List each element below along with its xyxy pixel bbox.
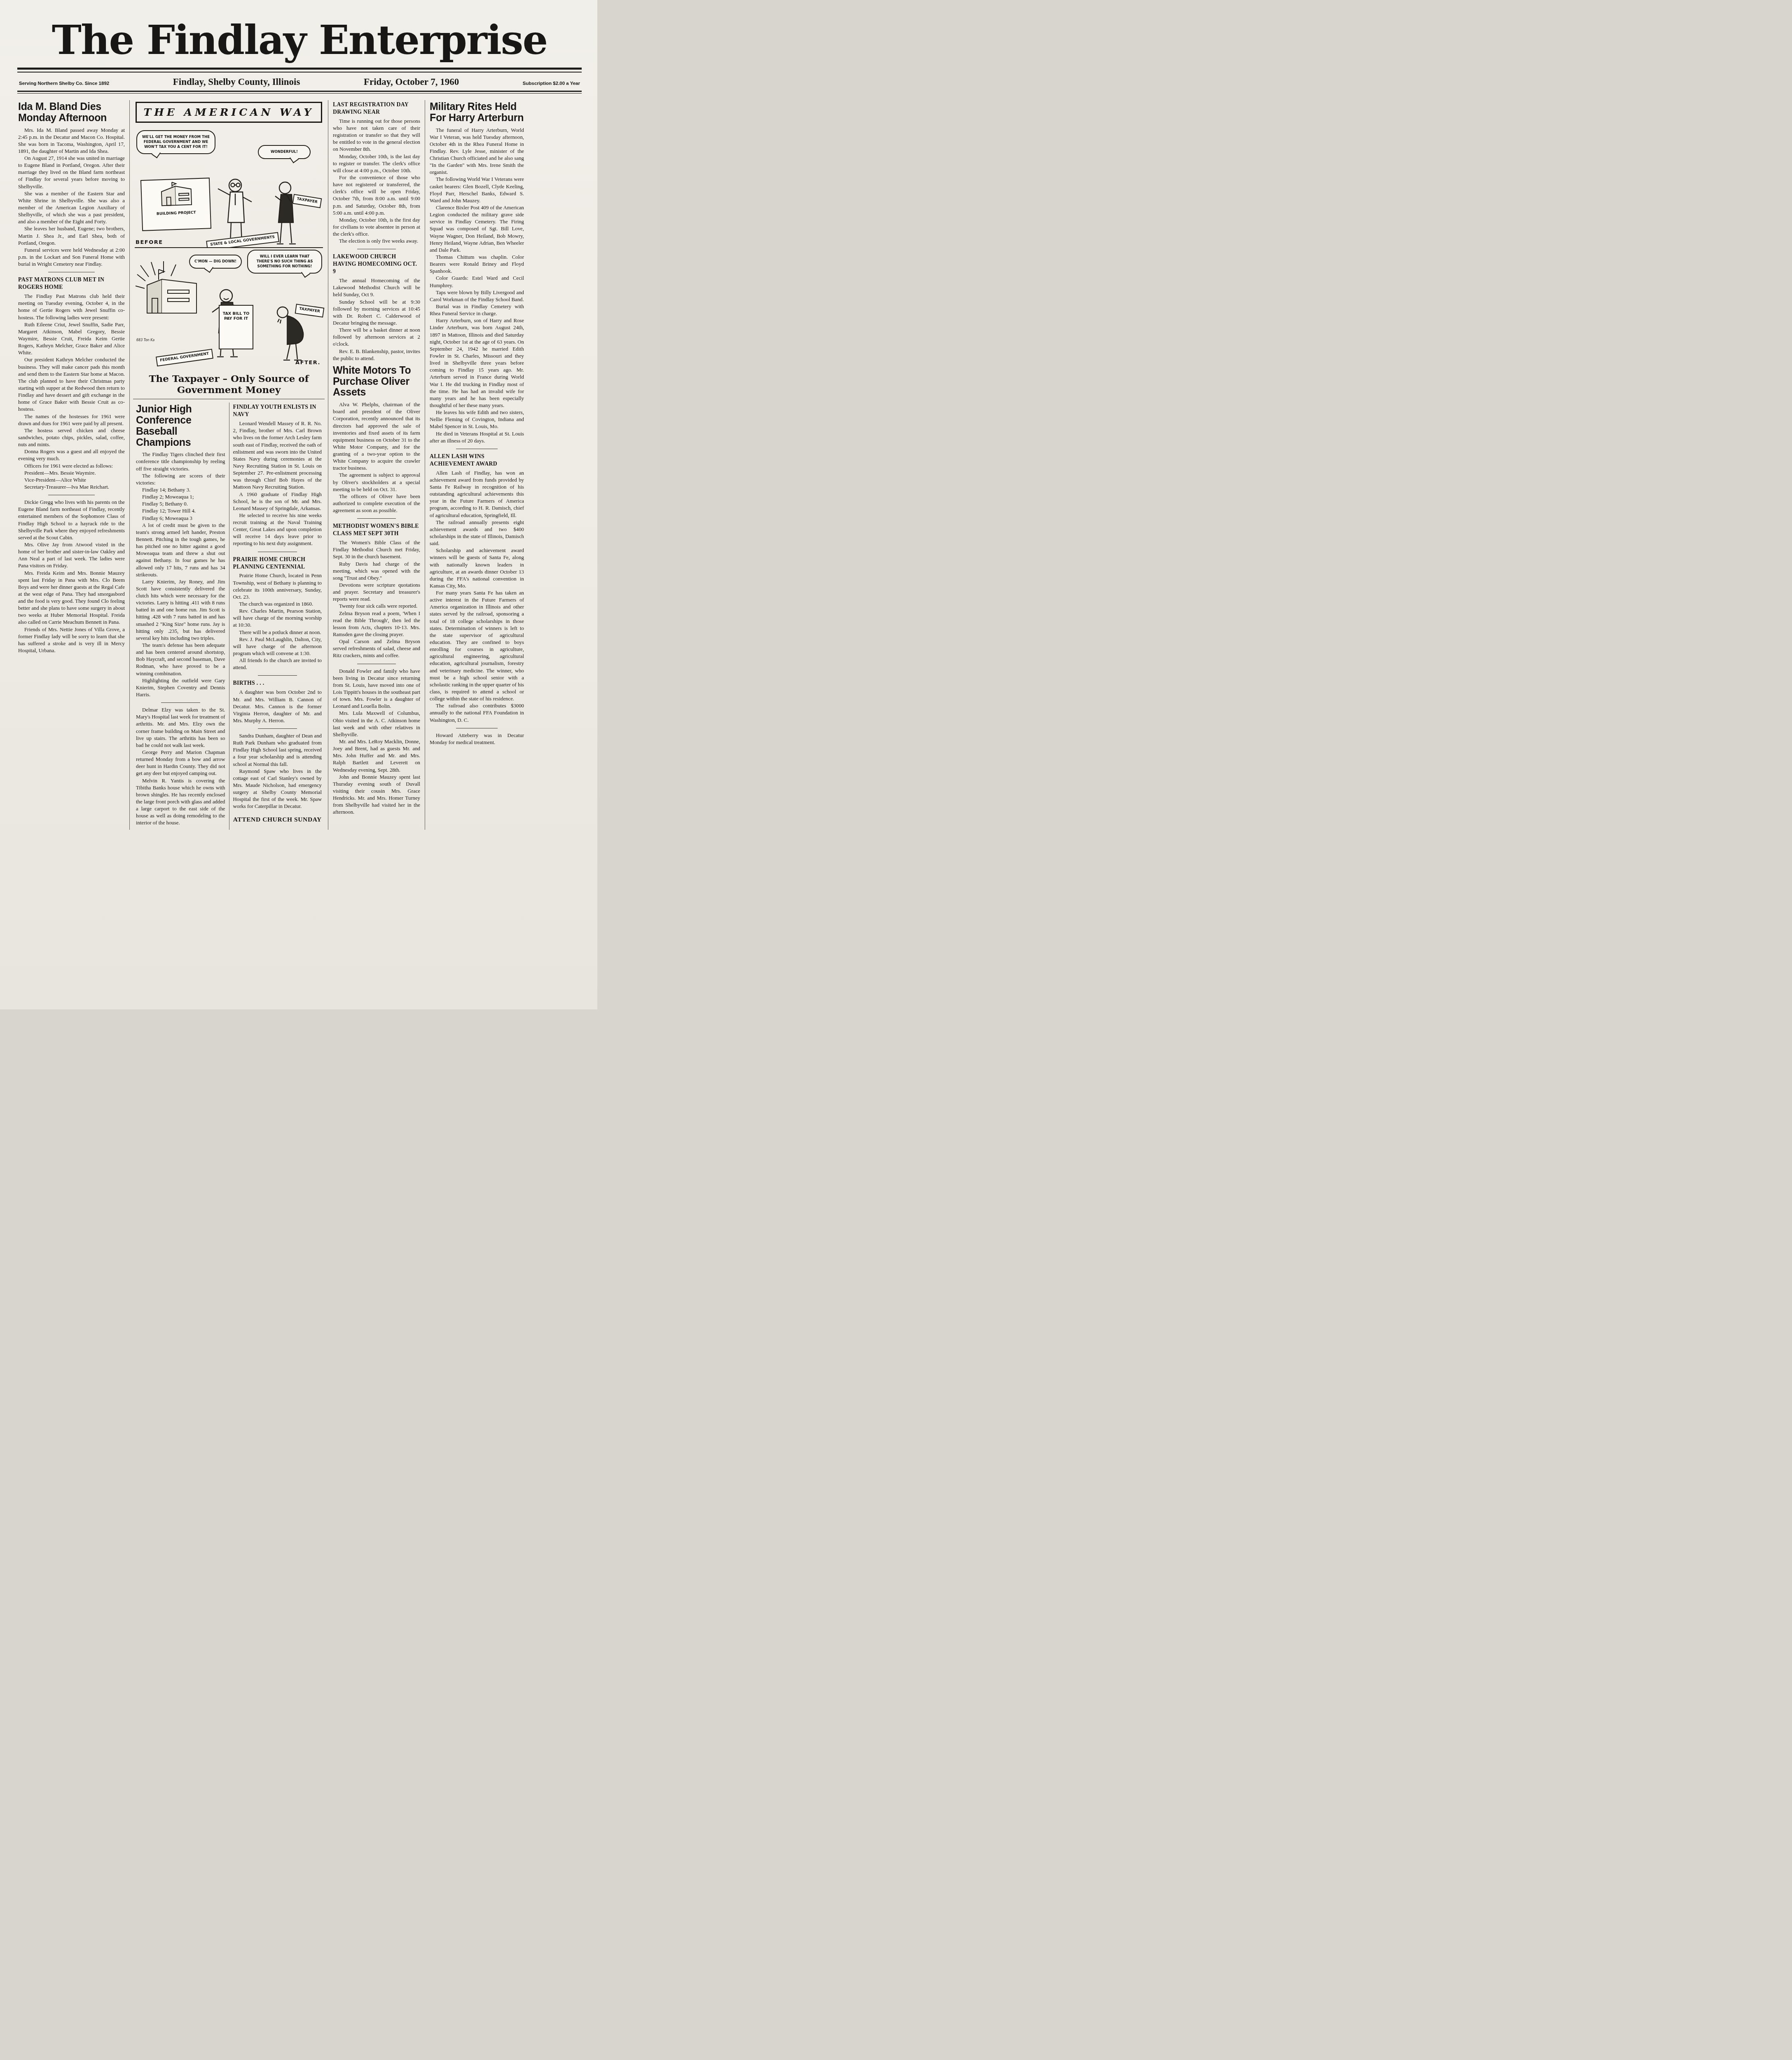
article-paragraph: Time is running out for those persons wh…: [333, 118, 420, 153]
speech-bubble-taxpayer: WONDERFUL!: [258, 145, 311, 159]
article-paragraph: Mrs. Ida M. Bland passed away Monday at …: [18, 127, 125, 155]
dateline-date: Friday, October 7, 1960: [364, 77, 459, 87]
article-paragraph: There will be a potluck dinner at noon.: [233, 629, 322, 636]
cartoon-caption: The Taxpayer – Only Source of Government…: [137, 373, 321, 396]
article-paragraph: Twenty four sick calls were reported.: [333, 603, 420, 610]
newspaper-page: The Findlay Enterprise Serving Northern …: [0, 0, 597, 1009]
dateline-subscription: Subscription $2.00 a Year: [523, 81, 580, 86]
article-headline: PAST MATRONS CLUB MET IN ROGERS HOME: [18, 276, 125, 291]
news-article: Dickie Gregg who lives with his parents …: [18, 499, 125, 654]
article-paragraph: Donna Rogers was a guest and all enjoyed…: [18, 448, 125, 462]
article-paragraph: The Women's Bible Class of the Findlay M…: [333, 539, 420, 560]
article-paragraph: Melvin R. Yantis is covering the Tibitha…: [136, 777, 225, 827]
tax-bill-paper: TAX BILL TO PAY FOR IT: [219, 305, 253, 349]
cartoon-title: THE AMERICAN WAY: [136, 102, 322, 123]
column-middle: THE AMERICAN WAY WE'LL GET THE MONEY FRO…: [129, 100, 328, 830]
building-project-label: BUILDING PROJECT: [145, 210, 207, 217]
article-paragraph: Devotions were scripture quotations and …: [333, 582, 420, 603]
article-paragraph: The officers of Oliver have been authori…: [333, 493, 420, 514]
article-paragraph: Findlay 5; Bethany 0.: [136, 501, 225, 508]
article-paragraph: A daughter was born October 2nd to Mr. a…: [233, 689, 322, 724]
article-paragraph: A 1960 graduate of Findlay High School, …: [233, 491, 322, 512]
article-paragraph: Howard Atteberry was in Decatur Monday f…: [430, 732, 524, 746]
section-divider: [258, 552, 297, 552]
masthead-rule: [17, 68, 582, 73]
dateline: Serving Northern Shelby Co. Since 1892 F…: [17, 73, 582, 91]
news-article: Howard Atteberry was in Decatur Monday f…: [430, 732, 524, 746]
article-paragraph: The hostess served chicken and cheese sa…: [18, 427, 125, 448]
editorial-cartoon: THE AMERICAN WAY WE'LL GET THE MONEY FRO…: [133, 102, 325, 396]
article-paragraph: Funeral services were held Wednesday at …: [18, 247, 125, 268]
article-paragraph: George Perry and Marion Chapman returned…: [136, 749, 225, 777]
newspaper-title: The Findlay Enterprise: [17, 16, 582, 63]
section-divider: [357, 664, 395, 664]
article-paragraph: A lot of credit must be given to the tea…: [136, 522, 225, 578]
article-paragraph: Sunday School will be at 9:30 followed b…: [333, 299, 420, 327]
section-divider: [456, 449, 498, 449]
article-paragraph: Findlay 6; Moweaqua 3: [136, 515, 225, 522]
article-headline: BIRTHS . . .: [233, 679, 322, 687]
article-paragraph: The railroad annually presents eight ach…: [430, 519, 524, 548]
article-paragraph: Delmar Elzy was taken to the St. Mary's …: [136, 707, 225, 749]
article-paragraph: Burial was in Findlay Cemetery with Rhea…: [430, 303, 524, 317]
article-paragraph: Friends of Mrs. Nettie Jones of Villa Gr…: [18, 626, 125, 655]
dateline-city: Findlay, Shelby County, Illinois: [173, 77, 300, 87]
article-paragraph: Vice-President—Alice White: [18, 477, 125, 484]
article-paragraph: Findlay 14; Bethany 3.: [136, 487, 225, 494]
article-paragraph: The following are scores of their victor…: [136, 473, 225, 487]
article-paragraph: She leaves her husband, Eugene; two brot…: [18, 225, 125, 246]
middle-lower-columns: Junior High Conference Baseball Champion…: [132, 403, 325, 829]
article-paragraph: Ruth Eileene Criut, Jewel Snuffin, Sadie…: [18, 321, 125, 357]
article-paragraph: Larry Knierim, Jay Roney, and Jim Scott …: [136, 578, 225, 642]
article-paragraph: Mrs. Freida Keim and Mrs. Bonnie Mauzey …: [18, 570, 125, 626]
article-paragraph: John and Bonnie Mauzey spent last Thursd…: [333, 774, 420, 816]
column-4: LAST REGISTRATION DAY DRAWING NEARTime i…: [328, 100, 425, 830]
section-divider: [48, 495, 95, 495]
after-label: AFTER.: [295, 360, 321, 366]
speech-bubble-learn: WILL I EVER LEARN THAT THERE'S NO SUCH T…: [247, 250, 322, 274]
news-article: LAKEWOOD CHURCH HAVING HOMECOMING OCT. 9…: [333, 253, 420, 362]
article-paragraph: The team's defense has been adequate and…: [136, 642, 225, 677]
article-headline: FINDLAY YOUTH ENLISTS IN NAVY: [233, 403, 322, 418]
finished-building-illustration: [135, 260, 209, 322]
article-paragraph: Our president Kathryn Melcher conducted …: [18, 356, 125, 413]
article-paragraph: Ruby Davis had charge of the meeting, wh…: [333, 561, 420, 582]
page-columns: Ida M. Bland Dies Monday AfternoonMrs. I…: [17, 100, 582, 830]
article-paragraph: Opal Carson and Zelma Bryson served refr…: [333, 638, 420, 659]
article-paragraph: Findlay 12; Tower Hill 4.: [136, 508, 225, 515]
news-article: ALLEN LASH WINS ACHIEVEMENT AWARDAllen L…: [430, 453, 524, 724]
article-paragraph: Zelma Bryson read a poem, 'When I read t…: [333, 610, 420, 639]
article-paragraph: Findlay 2; Moweaqua 1;: [136, 494, 225, 501]
article-paragraph: He selected to receive his nine weeks re…: [233, 512, 322, 548]
article-paragraph: Mrs. Olive Jay from Atwood visted in the…: [18, 541, 125, 570]
article-paragraph: He leaves his wife Edith and two sisters…: [430, 409, 524, 430]
article-paragraph: Prairie Home Church, located in Penn Tow…: [233, 572, 322, 601]
article-paragraph: Dickie Gregg who lives with his parents …: [18, 499, 125, 541]
article-paragraph: The names of the hostesses for 1961 were…: [18, 413, 125, 427]
article-headline: White Motors To Purchase Oliver Assets: [333, 365, 420, 398]
news-article: White Motors To Purchase Oliver AssetsAl…: [333, 365, 420, 515]
article-paragraph: Harry Arterburn, son of Harry and Rose L…: [430, 317, 524, 409]
article-headline: METHODIST WOMEN'S BIBLE CLASS MET SEPT 3…: [333, 522, 420, 537]
article-headline: Ida M. Bland Dies Monday Afternoon: [18, 101, 125, 124]
article-paragraph: Officers for 1961 were elected as follow…: [18, 463, 125, 470]
speech-bubble-official: WE'LL GET THE MONEY FROM THE FEDERAL GOV…: [136, 130, 215, 154]
column-1: Ida M. Bland Dies Monday AfternoonMrs. I…: [17, 100, 129, 830]
news-article: PRAIRIE HOME CHURCH PLANNING CENTENNIALP…: [233, 556, 322, 672]
news-article: Junior High Conference Baseball Champion…: [136, 404, 225, 698]
article-paragraph: She was a member of the Eastern Star and…: [18, 190, 125, 226]
article-paragraph: The agreement is subject to approval by …: [333, 472, 420, 493]
article-paragraph: On August 27, 1914 she was united in mar…: [18, 155, 125, 190]
cartoon-panel-after: C'MON — DIG DOWN! WILL I EVER LEARN THAT…: [133, 248, 325, 368]
section-divider: [48, 272, 95, 272]
news-article: PAST MATRONS CLUB MET IN ROGERS HOMEThe …: [18, 276, 125, 491]
article-paragraph: Monday, October 10th, is the first day f…: [333, 217, 420, 238]
article-paragraph: Donald Fowler and family who have been l…: [333, 668, 420, 710]
article-paragraph: Leonard Wendell Massey of R. R. No. 2, F…: [233, 420, 322, 491]
news-article: METHODIST WOMEN'S BIBLE CLASS MET SEPT 3…: [333, 522, 420, 659]
section-divider: [258, 728, 297, 729]
column-5: Military Rites Held For Harry ArterburnT…: [425, 100, 524, 830]
article-paragraph: Clarence Bixler Post 409 of the American…: [430, 204, 524, 254]
article-paragraph: Monday, October 10th, is the last day to…: [333, 153, 420, 174]
news-article: BIRTHS . . .A daughter was born October …: [233, 679, 322, 724]
article-paragraph: Raymond Spaw who lives in the cottage ea…: [233, 768, 322, 810]
article-paragraph: Taps were blown by Billy Livergood and C…: [430, 289, 524, 303]
section-divider: [357, 249, 395, 249]
building-project-board: BUILDING PROJECT: [140, 178, 211, 231]
news-article: Ida M. Bland Dies Monday AfternoonMrs. I…: [18, 101, 125, 268]
article-paragraph: The following World War I Veterans were …: [430, 176, 524, 204]
section-divider: [357, 518, 395, 519]
article-headline: LAST REGISTRATION DAY DRAWING NEAR: [333, 101, 420, 116]
article-headline: Military Rites Held For Harry Arterburn: [430, 101, 524, 124]
article-paragraph: Rev. E. B. Blankenship, pastor, invites …: [333, 348, 420, 362]
dateline-rule: [17, 91, 582, 94]
article-headline: ALLEN LASH WINS ACHIEVEMENT AWARD: [430, 453, 524, 468]
article-paragraph: Sandra Dunham, daughter of Dean and Ruth…: [233, 733, 322, 768]
article-paragraph: Rev. Charles Martin, Pearson Station, wi…: [233, 608, 322, 629]
article-paragraph: The annual Homecoming of the Lakewood Me…: [333, 277, 420, 298]
artist-signature: 683 Ton Ka: [136, 338, 154, 342]
cartoon-panel-before: WE'LL GET THE MONEY FROM THE FEDERAL GOV…: [133, 127, 325, 247]
section-divider: [258, 675, 297, 676]
article-paragraph: Mrs. Lula Maxwell of Columbus, Ohio visi…: [333, 710, 420, 738]
article-paragraph: For the convenience of those who have no…: [333, 174, 420, 217]
article-paragraph: Highlighting the outfield were Gary Knie…: [136, 677, 225, 698]
news-article: Military Rites Held For Harry ArterburnT…: [430, 101, 524, 445]
article-headline: LAKEWOOD CHURCH HAVING HOMECOMING OCT. 9: [333, 253, 420, 275]
article-paragraph: The Findlay Past Matrons club held their…: [18, 293, 125, 321]
article-headline: Junior High Conference Baseball Champion…: [136, 404, 225, 448]
column-3: FINDLAY YOUTH ENLISTS IN NAVYLeonard Wen…: [229, 403, 326, 829]
news-article: FINDLAY YOUTH ENLISTS IN NAVYLeonard Wen…: [233, 403, 322, 547]
before-label: BEFORE: [136, 239, 163, 246]
article-paragraph: The election is only five weeks away.: [333, 238, 420, 245]
news-article: Delmar Elzy was taken to the St. Mary's …: [136, 707, 225, 826]
article-paragraph: Rev. J. Paul McLaughlin, Dalton, City, w…: [233, 636, 322, 657]
article-paragraph: Alva W. Phelphs, chairman of the board a…: [333, 401, 420, 472]
article-paragraph: He died in Veterans Hospital at St. Loui…: [430, 431, 524, 445]
article-paragraph: Scholarship and achievement award winner…: [430, 547, 524, 590]
news-article: Donald Fowler and family who have been l…: [333, 668, 420, 816]
cartoon-bottom-rule: [133, 399, 325, 399]
article-paragraph: The railroad also contributes $3000 annu…: [430, 702, 524, 723]
article-headline: PRAIRIE HOME CHURCH PLANNING CENTENNIAL: [233, 556, 322, 571]
dateline-tagline: Serving Northern Shelby Co. Since 1892: [19, 81, 109, 86]
article-paragraph: For many years Santa Fe has taken an act…: [430, 590, 524, 702]
building-illustration: [155, 180, 196, 209]
article-paragraph: President—Mrs. Bessie Waymire.: [18, 470, 125, 477]
article-paragraph: Mr. and Mrs. LeRoy Macklin, Donne, Joey …: [333, 738, 420, 774]
article-paragraph: Color Guards: Estel Ward and Cecil Humph…: [430, 275, 524, 289]
article-paragraph: There will be a basket dinner at noon fo…: [333, 327, 420, 348]
column-2: Junior High Conference Baseball Champion…: [132, 403, 229, 829]
news-article: Sandra Dunham, daughter of Dean and Ruth…: [233, 733, 322, 810]
article-paragraph: Thomas Chittum was chaplin. Color Bearer…: [430, 254, 524, 275]
footer-slogan: ATTEND CHURCH SUNDAY: [233, 816, 322, 824]
section-divider: [161, 702, 200, 703]
article-paragraph: The church was organized in 1860.: [233, 601, 322, 608]
section-divider: [456, 728, 498, 728]
article-paragraph: The funeral of Harry Arterburn, World Wa…: [430, 127, 524, 176]
article-paragraph: All friends fo the church are invited to…: [233, 657, 322, 671]
news-article: LAST REGISTRATION DAY DRAWING NEARTime i…: [333, 101, 420, 245]
speech-bubble-digdown: C'MON — DIG DOWN!: [189, 255, 242, 269]
article-paragraph: Allen Lash of Findlay, has won an achiev…: [430, 470, 524, 519]
article-paragraph: The Findlay Tigers clinched their first …: [136, 451, 225, 472]
article-paragraph: Secretary-Treasurer—Iva Mae Reichart.: [18, 484, 125, 491]
